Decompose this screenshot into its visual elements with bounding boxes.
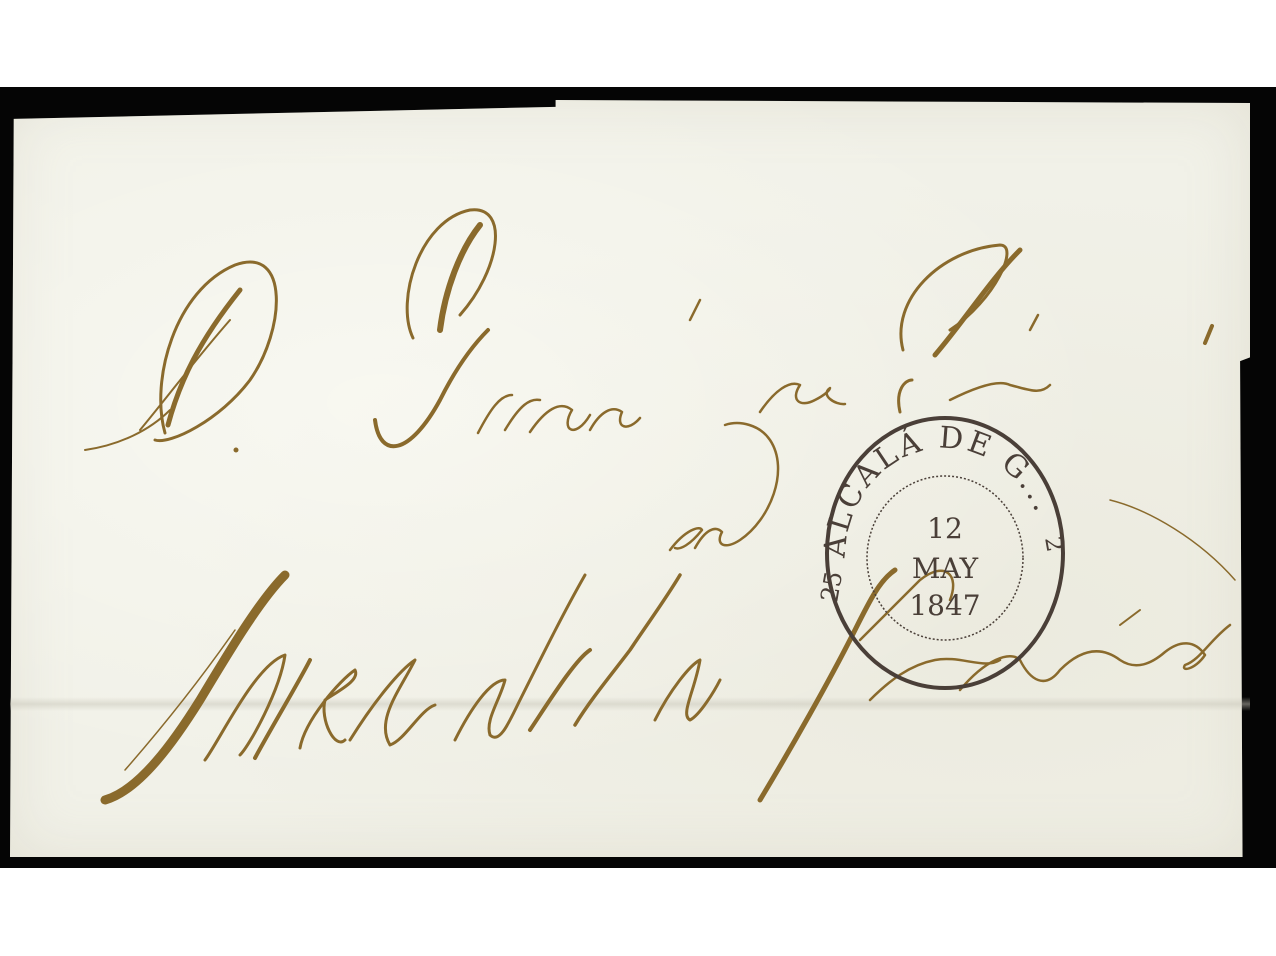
handwriting-en: [670, 423, 778, 550]
ink-mark: [1205, 326, 1212, 343]
handwriting-de-2: [455, 575, 590, 740]
postmark-ring-number-left: 25: [815, 569, 848, 604]
handwriting-given-name: [375, 210, 700, 447]
postmark-month: MAY: [912, 552, 979, 585]
handwritten-address: [0, 0, 1276, 956]
postmark-day: 12: [927, 512, 963, 545]
addressee-line-3: Jerez de la Frontera: [194, 0, 357, 19]
addressee-line-1: D. Gregorio de Sanz: [0, 0, 164, 19]
handwriting-surname: [899, 245, 1050, 412]
handwriting-jerez: [105, 575, 435, 800]
addressee-line-2: en: [169, 0, 189, 19]
postmark-year: 1847: [909, 589, 980, 622]
handwriting-la: [575, 575, 720, 725]
handwriting-initial-d: [85, 262, 276, 452]
circular-datestamp: ALCALÁ DE G... 12 MAY 1847 25 2: [815, 408, 1075, 698]
